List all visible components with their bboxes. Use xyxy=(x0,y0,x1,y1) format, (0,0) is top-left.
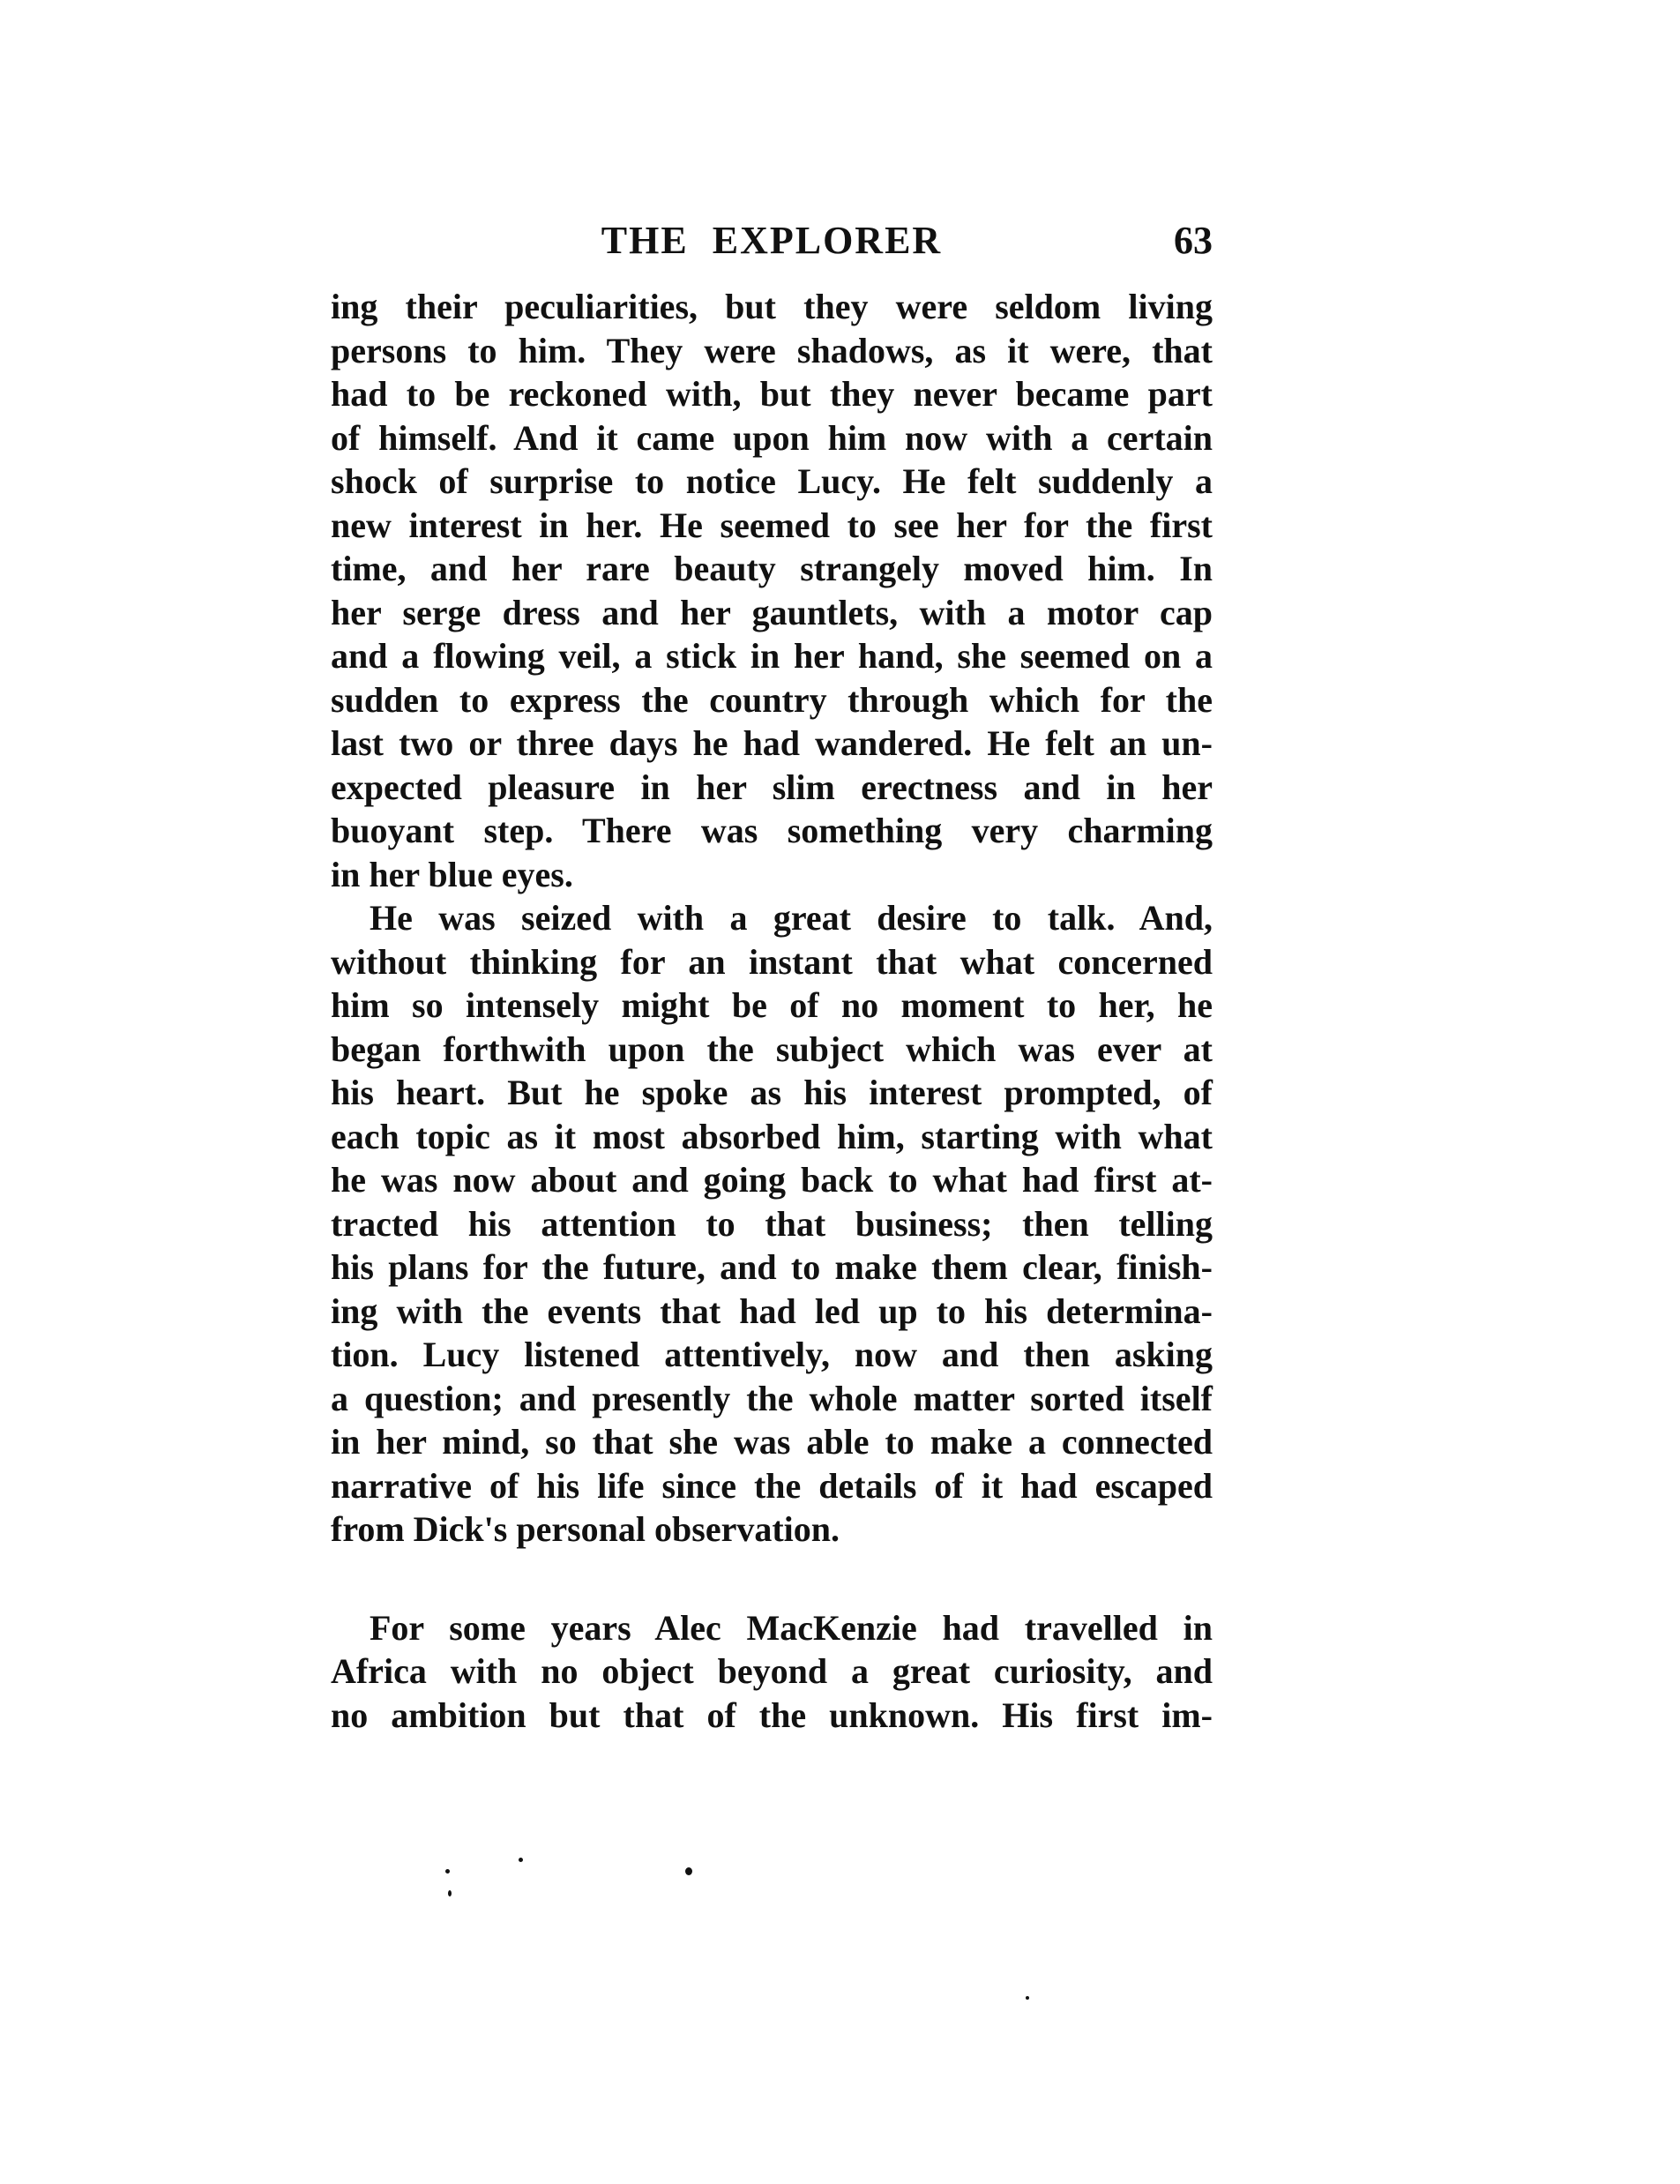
running-head: THE EXPLORER 63 xyxy=(331,219,1213,263)
text-line: new interest in her. He seemed to see he… xyxy=(331,504,1213,548)
running-head-title: THE EXPLORER xyxy=(331,219,1213,263)
text-line: shock of surprise to notice Lucy. He fel… xyxy=(331,460,1213,504)
text-line: he was now about and going back to what … xyxy=(331,1158,1213,1202)
text-line: her serge dress and her gauntlets, with … xyxy=(331,591,1213,635)
text-line: buoyant step. There was something very c… xyxy=(331,809,1213,853)
text-line: tracted his attention to that business; … xyxy=(331,1202,1213,1246)
body-text: ing their peculiarities, but they were s… xyxy=(331,285,1213,1737)
paragraph-3: For some years Alec MacKenzie had travel… xyxy=(331,1606,1213,1738)
scan-speck xyxy=(448,1890,452,1896)
text-line: ing their peculiarities, but they were s… xyxy=(331,285,1213,329)
scan-speck xyxy=(1026,1996,1029,2000)
text-line: expected pleasure in her slim erectness … xyxy=(331,766,1213,810)
text-line: from Dick's personal observation. xyxy=(331,1507,1213,1552)
text-line: and a flowing veil, a stick in her hand,… xyxy=(331,634,1213,678)
book-page: THE EXPLORER 63 ing their peculiarities,… xyxy=(0,0,1680,2184)
text-line: had to be reckoned with, but they never … xyxy=(331,372,1213,416)
text-line: his heart. But he spoke as his interest … xyxy=(331,1071,1213,1115)
text-line: of himself. And it came upon him now wit… xyxy=(331,416,1213,460)
text-line: him so intensely might be of no moment t… xyxy=(331,984,1213,1028)
scan-speck xyxy=(519,1858,523,1862)
text-line: persons to him. They were shadows, as it… xyxy=(331,329,1213,373)
text-line: without thinking for an instant that wha… xyxy=(331,940,1213,984)
paragraph-2: He was seized with a great desire to tal… xyxy=(331,896,1213,1552)
text-line: his plans for the future, and to make th… xyxy=(331,1245,1213,1290)
text-line: ing with the events that had led up to h… xyxy=(331,1290,1213,1334)
text-line: in her blue eyes. xyxy=(331,853,1213,897)
text-line: For some years Alec MacKenzie had travel… xyxy=(331,1606,1213,1650)
page-number: 63 xyxy=(1174,219,1213,263)
text-line: last two or three days he had wandered. … xyxy=(331,722,1213,766)
section-break xyxy=(331,1552,1213,1606)
text-line: began forthwith upon the subject which w… xyxy=(331,1028,1213,1072)
text-line: no ambition but that of the unknown. His… xyxy=(331,1694,1213,1738)
text-line: time, and her rare beauty strangely move… xyxy=(331,547,1213,591)
text-line: a question; and presently the whole matt… xyxy=(331,1377,1213,1421)
text-line: narrative of his life since the details … xyxy=(331,1464,1213,1508)
text-line: sudden to express the country through wh… xyxy=(331,678,1213,722)
text-line: tion. Lucy listened attentively, now and… xyxy=(331,1333,1213,1377)
scan-speck xyxy=(445,1869,450,1874)
text-line: He was seized with a great desire to tal… xyxy=(331,896,1213,940)
text-line: in her mind, so that she was able to mak… xyxy=(331,1420,1213,1464)
paragraph-1: ing their peculiarities, but they were s… xyxy=(331,285,1213,896)
scan-speck xyxy=(685,1867,692,1875)
text-line: Africa with no object beyond a great cur… xyxy=(331,1649,1213,1694)
text-line: each topic as it most absorbed him, star… xyxy=(331,1115,1213,1159)
